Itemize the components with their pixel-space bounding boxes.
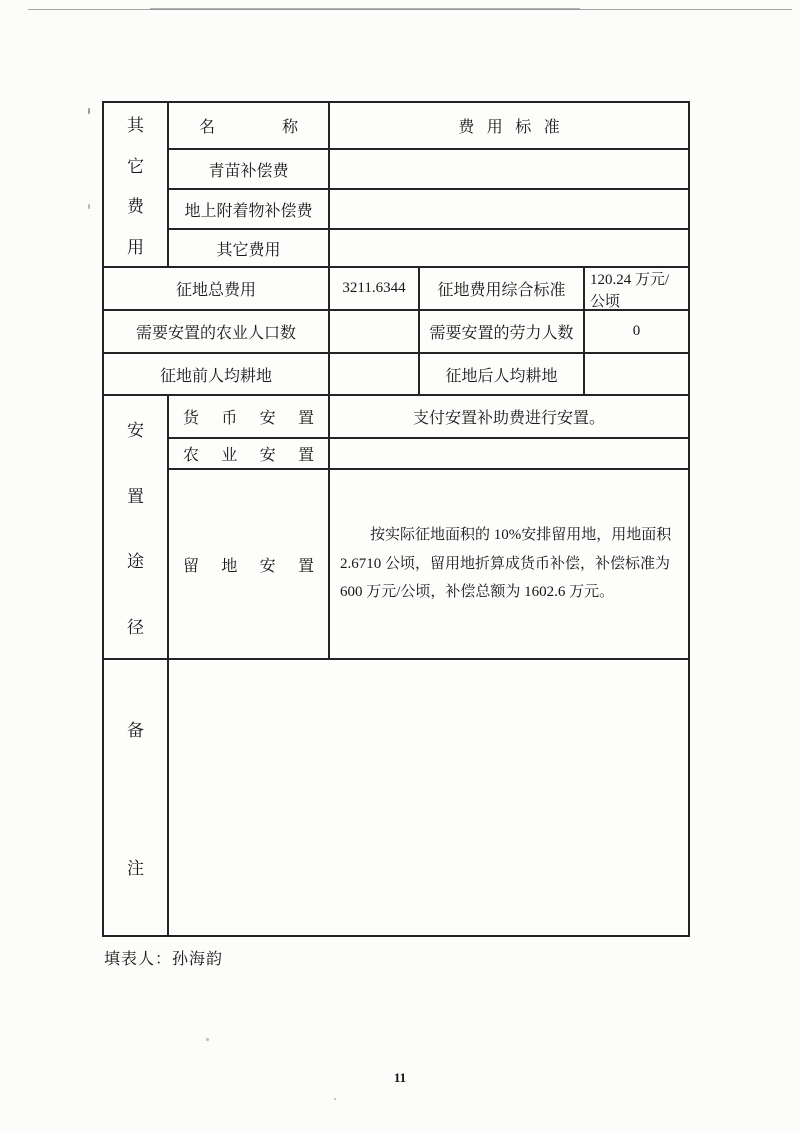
scanned-document-page: 其 它 费 用 名称 费用标准 青苗补偿费 — [0, 0, 800, 1132]
land-after-value — [585, 354, 688, 394]
agricultural-resettlement-row: 农业安置 — [169, 437, 688, 469]
total-cost-label: 征地总费用 — [104, 268, 330, 309]
other-fees-section: 其 它 费 用 名称 费用标准 青苗补偿费 — [104, 103, 688, 266]
table-row: 其它费用 — [169, 228, 688, 266]
scan-speck — [88, 108, 90, 114]
labor-count-label: 需要安置的劳力人数 — [420, 311, 585, 352]
remarks-section: 备 注 — [104, 658, 688, 935]
fee-row-label: 青苗补偿费 — [169, 150, 330, 188]
form-filler-line: 填表人：孙海韵 — [104, 946, 223, 969]
side-label-char: 用 — [127, 233, 144, 258]
table-row: 地上附着物补偿费 — [169, 188, 688, 228]
scan-speck — [334, 1098, 336, 1100]
monetary-resettlement-label: 货币安置 — [169, 396, 330, 437]
land-after-label: 征地后人均耕地 — [420, 354, 585, 394]
side-label-char: 备 — [127, 716, 144, 741]
table-row: 青苗补偿费 — [169, 148, 688, 188]
fee-standard-column-header: 费用标准 — [330, 103, 688, 148]
agricultural-resettlement-label: 农业安置 — [169, 439, 330, 469]
retained-land-resettlement-row: 留地安置 按实际征地面积的 10%安排留用地，用地面积 2.6710 公顷，留用… — [169, 468, 688, 658]
fee-row-value — [330, 190, 688, 228]
side-label-char: 置 — [127, 482, 144, 507]
scan-speck — [206, 1038, 209, 1041]
cultivated-land-row: 征地前人均耕地 征地后人均耕地 — [104, 352, 688, 394]
side-label-char: 安 — [127, 416, 144, 441]
agri-population-label: 需要安置的农业人口数 — [104, 311, 330, 352]
resettlement-section: 安 置 途 径 货币安置 支付安置补助费进行安置。 农业安置 — [104, 394, 688, 658]
retained-land-resettlement-label: 留地安置 — [169, 470, 330, 658]
side-label-char: 途 — [127, 547, 144, 572]
name-column-header: 名称 — [169, 103, 330, 148]
side-label-char: 它 — [127, 152, 144, 177]
table-header-row: 名称 费用标准 — [169, 103, 688, 148]
remarks-content — [169, 660, 688, 935]
scan-speck — [88, 204, 90, 209]
agri-population-value — [330, 311, 420, 352]
land-before-label: 征地前人均耕地 — [104, 354, 330, 394]
total-cost-row: 征地总费用 3211.6344 征地费用综合标准 120.24 万元/公顷 — [104, 266, 688, 309]
fee-row-value — [330, 150, 688, 188]
comprehensive-standard-label: 征地费用综合标准 — [420, 268, 585, 309]
fee-row-label: 地上附着物补偿费 — [169, 190, 330, 228]
page-number: 11 — [0, 1070, 800, 1086]
side-label-char: 费 — [127, 192, 144, 217]
agricultural-resettlement-content — [330, 439, 688, 469]
retained-land-resettlement-content: 按实际征地面积的 10%安排留用地，用地面积 2.6710 公顷，留用地折算成货… — [330, 470, 688, 658]
monetary-resettlement-content: 支付安置补助费进行安置。 — [330, 396, 688, 437]
labor-count-value: 0 — [585, 311, 688, 352]
resettlement-side-label: 安 置 途 径 — [104, 396, 169, 658]
other-fees-side-label: 其 它 费 用 — [104, 103, 169, 266]
side-label-char: 注 — [127, 854, 144, 879]
land-before-value — [330, 354, 420, 394]
total-cost-value: 3211.6344 — [330, 268, 420, 309]
scan-artifact-line — [150, 8, 580, 10]
fee-row-value — [330, 230, 688, 266]
comprehensive-standard-value: 120.24 万元/公顷 — [585, 268, 688, 309]
remarks-side-label: 备 注 — [104, 660, 169, 935]
side-label-char: 其 — [127, 111, 144, 136]
fee-row-label: 其它费用 — [169, 230, 330, 266]
side-label-char: 径 — [127, 613, 144, 638]
population-row: 需要安置的农业人口数 需要安置的劳力人数 0 — [104, 309, 688, 352]
land-compensation-table: 其 它 费 用 名称 费用标准 青苗补偿费 — [102, 101, 690, 937]
monetary-resettlement-row: 货币安置 支付安置补助费进行安置。 — [169, 396, 688, 437]
